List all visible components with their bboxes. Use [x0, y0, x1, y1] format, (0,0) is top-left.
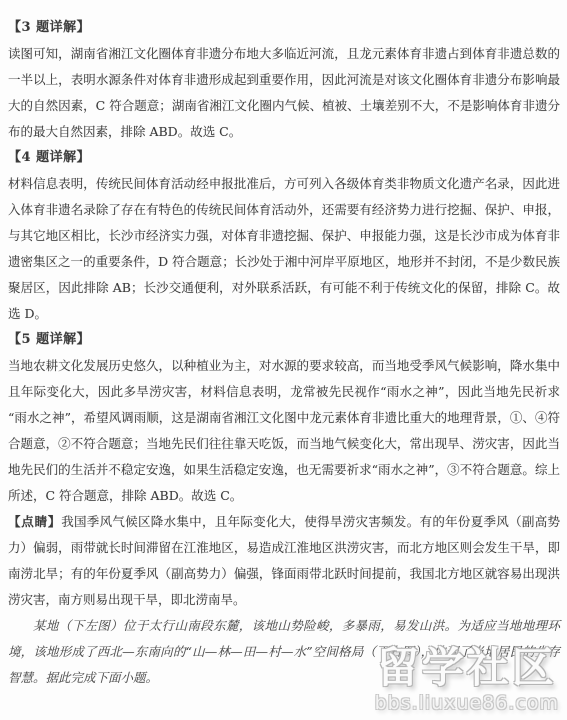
tip-body: 我国季风气候区降水集中，且年际变化大，使得旱涝灾害频发。有的年份夏季风（副高势力… [8, 514, 560, 607]
answer-section-4: 【4 题详解】 材料信息表明，传统民间体育活动经申报批准后，方可列入各级体育类非… [8, 145, 560, 327]
question-passage: 某地（下左图）位于太行山南段东麓，该地山势险峻，多暴雨，易发山洪。为适应当地地理… [8, 613, 560, 691]
tip-paragraph: 【点睛】我国季风气候区降水集中，且年际变化大，使得旱涝灾害频发。有的年份夏季风（… [8, 509, 560, 613]
tip-label: 【点睛】 [8, 514, 61, 529]
watermark-url: bbs.liuxue86.com [375, 692, 559, 714]
answer-section-5: 【5 题详解】 当地农耕文化发展历史悠久，以种植业为主，对水源的要求较高，而当地… [8, 327, 560, 509]
section-5-header: 【5 题详解】 [8, 327, 560, 353]
section-4-body: 材料信息表明，传统民间体育活动经申报批准后，方可列入各级体育类非物质文化遗产名录… [8, 171, 560, 327]
section-4-header: 【4 题详解】 [8, 145, 560, 171]
section-3-body: 读图可知，湖南省湘江文化圈体育非遗分布地大多临近河流，且龙元素体育非遗占到体育非… [8, 41, 560, 145]
document-page: 【3 题详解】 读图可知，湖南省湘江文化圈体育非遗分布地大多临近河流，且龙元素体… [0, 0, 567, 720]
section-3-header: 【3 题详解】 [8, 15, 560, 41]
answer-section-3: 【3 题详解】 读图可知，湖南省湘江文化圈体育非遗分布地大多临近河流，且龙元素体… [8, 15, 560, 145]
section-5-body: 当地农耕文化发展历史悠久，以种植业为主，对水源的要求较高，而当地受季风气候影响，… [8, 353, 560, 509]
